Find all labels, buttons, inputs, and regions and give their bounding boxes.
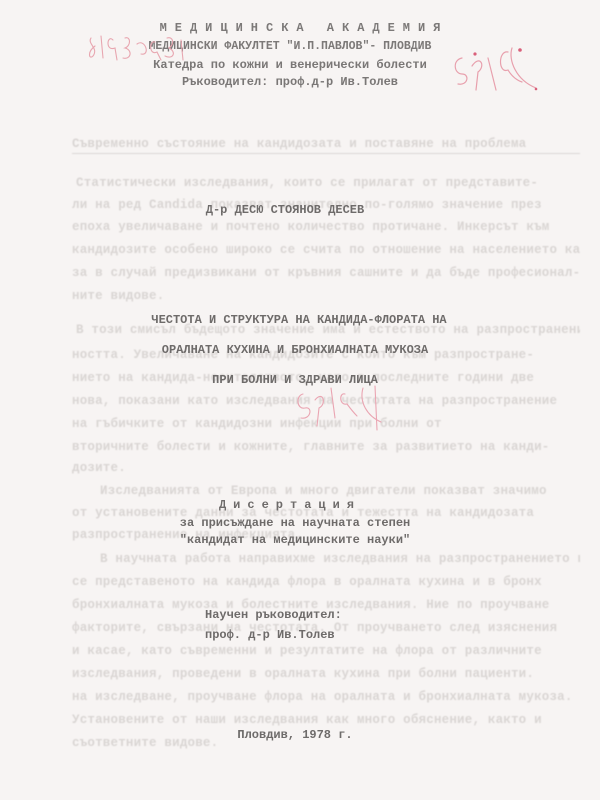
bleed-line: за в случай предизвикани от кръвния сашн… (72, 266, 580, 280)
document-page: Съвременно състояние на кандидозата и по… (0, 0, 600, 800)
bleed-line: Съвременно състояние на кандидозата и по… (72, 137, 580, 154)
faculty-name: МЕДИЦИНСКИ ФАКУЛТЕТ "И.П.ПАВЛОВ"- ПЛОВДИ… (0, 40, 600, 53)
bleed-line: се представеното на кандида флора в орал… (72, 575, 580, 589)
dissertation-purpose: за присъждане на научната степен (0, 516, 600, 530)
supervisor-name: проф. д-р Ив.Толев (205, 628, 335, 642)
bleed-line: на изследване, проучване флора на орална… (72, 690, 580, 704)
thesis-title-line-3: ПРИ БОЛНИ И ЗДРАВИ ЛИЦА (0, 373, 600, 387)
thesis-title-line-1: ЧЕСТОТА И СТРУКТУРА НА КАНДИДА-ФЛОРАТА Н… (0, 313, 600, 327)
department-name: Катедра по кожни и венерически болести (0, 58, 600, 72)
bleed-line: кандидозите особено широко се счита по о… (72, 243, 580, 257)
supervisor-label: Научен ръководител: (205, 608, 342, 622)
bleed-line: нова, показани като изследвания на често… (72, 394, 580, 408)
author-name: Д-р ДЕСЮ СТОЯНОВ ДЕСЕВ (0, 203, 600, 217)
bleed-line: В научната работа направихме изследвания… (100, 552, 580, 566)
bleed-line: ните видове. (72, 289, 580, 303)
bleed-line: дозите. (72, 461, 580, 475)
thesis-title-line-2: ОРАЛНАТА КУХИНА И БРОНХИАЛНАТА МУКОЗА (0, 343, 600, 357)
bleed-line: изследвания, проведени в оралната кухина… (72, 667, 580, 681)
bleed-line: на гъбичките от кандидозни инфекции при … (72, 417, 580, 431)
bleed-line: вторичните болести и кожните, главните з… (72, 440, 580, 454)
dissertation-label: Дисертация (0, 498, 600, 512)
department-head: Ръководител: проф.д-р Ив.Толев (0, 75, 600, 89)
bleed-line: и касае, като съвременни и резултатите н… (72, 644, 580, 658)
academy-name: МЕДИЦИНСКА АКАДЕМИЯ (0, 21, 600, 35)
bleed-line: Установените от наши изследвания как мно… (72, 713, 580, 727)
place-and-date: Пловдив, 1978 г. (0, 728, 600, 742)
bleed-line: епоха увеличаване и почтено количество п… (72, 220, 580, 234)
bleed-line: Статистически изследвания, които се прил… (76, 176, 580, 190)
bleed-line: Изследванията от Европа и много двигател… (100, 484, 580, 498)
dissertation-degree: "кандидат на медицинските науки" (0, 533, 600, 547)
